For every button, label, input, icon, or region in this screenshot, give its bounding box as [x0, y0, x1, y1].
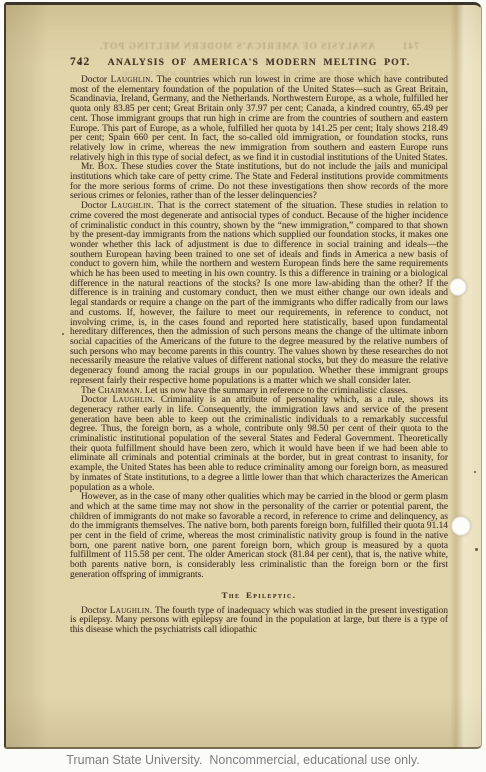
- speaker-name: Chairman.: [98, 386, 143, 396]
- speaker-name: Box.: [98, 162, 118, 172]
- paragraph: Doctor Laughlin. Criminality is an attri…: [70, 396, 448, 493]
- attribution-caption: Truman State University. Noncommercial, …: [0, 753, 486, 767]
- paragraph: Mr. Box. These studies cover the State i…: [70, 163, 448, 202]
- paper-speck: [474, 471, 476, 473]
- scanned-page: 741 ANALYSIS OF AMERICA'S MODERN MELTING…: [4, 2, 482, 749]
- paragraph: Doctor Laughlin. The countries which run…: [70, 76, 448, 163]
- paper-speck: [62, 333, 64, 335]
- speaker-name: Laughlin.: [110, 606, 153, 616]
- section-heading: The Epileptic.: [70, 590, 448, 600]
- bleedthrough-running-head: 741 ANALYSIS OF AMERICA'S MODERN MELTING…: [70, 42, 448, 52]
- page-body: Doctor Laughlin. The countries which run…: [70, 76, 448, 636]
- scan-viewport: 741 ANALYSIS OF AMERICA'S MODERN MELTING…: [0, 0, 486, 772]
- paragraph: Doctor Laughlin. The fourth type of inad…: [70, 607, 448, 636]
- speaker-name: Laughlin.: [111, 75, 154, 85]
- paragraph: Doctor Laughlin. That is the correct sta…: [70, 202, 448, 386]
- speaker-name: Laughlin.: [113, 395, 156, 405]
- paper-speck: [475, 548, 478, 551]
- running-head: ANALYSIS OF AMERICA'S MODERN MELTING POT…: [70, 57, 448, 68]
- speaker-name: Laughlin.: [111, 201, 154, 211]
- paragraph: However, as in the case of many other qu…: [70, 493, 448, 580]
- paper-speck: [78, 62, 81, 65]
- punch-hole-bottom: [451, 516, 471, 536]
- punch-hole-top: [449, 278, 467, 296]
